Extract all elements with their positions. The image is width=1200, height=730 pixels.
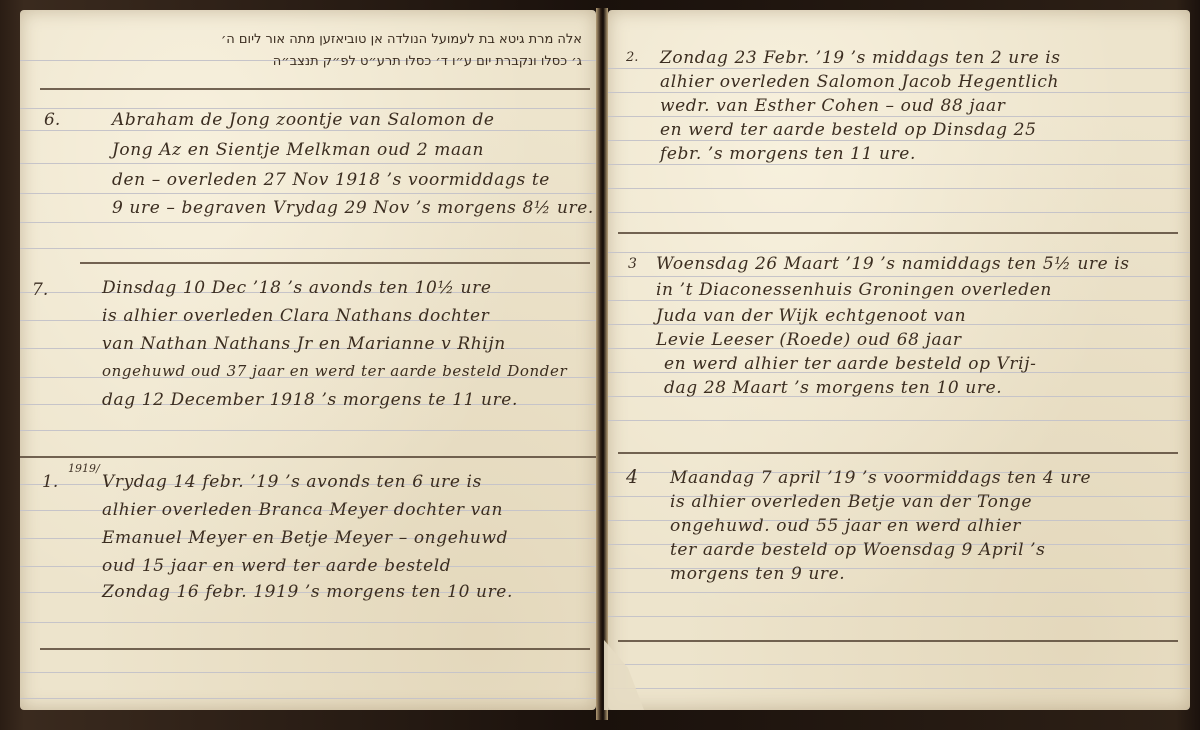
ruled-line [608,188,1190,189]
entry-divider [40,648,590,650]
dutch-line: en werd alhier ter aarde besteld op Vrij… [664,354,1036,374]
dutch-line: en werd ter aarde besteld op Dinsdag 25 [660,120,1036,140]
entry-divider [618,640,1178,642]
ruled-line [608,140,1190,141]
ruled-line [608,252,1190,253]
entry-number: 1. [42,472,58,492]
dutch-line: Zondag 23 Febr. ’19 ’s middags ten 2 ure… [660,48,1061,68]
dutch-line: Vrydag 14 febr. ’19 ’s avonds ten 6 ure … [102,472,482,492]
ruled-line [608,420,1190,421]
ruled-line [608,688,1190,689]
dutch-line: Zondag 16 febr. 1919 ’s morgens ten 10 u… [102,582,513,602]
dutch-line: dag 12 December 1918 ’s morgens te 11 ur… [102,390,518,410]
ruled-line [20,248,596,249]
hebrew-line: ג׳ כסלו ונקברת יום ע״ו ד׳ כסלו תרע״ט לפ״… [273,54,582,69]
ruled-line [608,212,1190,213]
ruled-line [608,68,1190,69]
entry-number: 2. [626,50,638,65]
ruled-line [20,430,596,431]
entry-divider [618,452,1178,454]
dutch-line: is alhier overleden Betje van der Tonge [670,492,1032,512]
ruled-line [20,698,596,699]
entry-number: 7. [32,280,48,300]
ruled-line [608,116,1190,117]
dutch-line: ter aarde besteld op Woensdag 9 April ’s [670,540,1045,560]
ruled-line [608,300,1190,301]
entry-divider [618,232,1178,234]
ruled-line [20,130,596,131]
entry-divider [20,456,596,458]
entry-number: 3 [628,256,637,272]
ruled-line [608,664,1190,665]
ruled-line [608,164,1190,165]
dutch-line: oud 15 jaar en werd ter aarde besteld [102,556,451,576]
right-page: 2. Zondag 23 Febr. ’19 ’s middags ten 2 … [608,10,1190,710]
entry-number: 6. [44,110,60,130]
dutch-line: Juda van der Wijk echtgenoot van [656,306,966,326]
dutch-line: morgens ten 9 ure. [670,564,845,584]
dutch-line: in ’t Diaconessenhuis Groningen overlede… [656,280,1052,300]
year-note: 1919/ [68,462,100,475]
dutch-line: 9 ure – begraven Vrydag 29 Nov ’s morgen… [112,198,594,218]
dutch-line: van Nathan Nathans Jr en Marianne v Rhij… [102,334,506,354]
dutch-line: Jong Az en Sientje Melkman oud 2 maan [112,140,484,160]
dutch-line: wedr. van Esther Cohen – oud 88 jaar [660,96,1005,116]
dutch-line: alhier overleden Salomon Jacob Hegentlic… [660,72,1059,92]
ruled-line [20,622,596,623]
dutch-line: Levie Leeser (Roede) oud 68 jaar [656,330,962,350]
dutch-line: den – overleden 27 Nov 1918 ’s voormidda… [112,170,550,190]
dutch-line: febr. ’s morgens ten 11 ure. [660,144,916,164]
dutch-line: alhier overleden Branca Meyer dochter va… [102,500,503,520]
ruled-line [20,193,596,194]
ruled-line [608,616,1190,617]
dutch-line: ongehuwd. oud 55 jaar en werd alhier [670,516,1021,536]
ruled-line [20,672,596,673]
entry-number: 4 [626,466,638,488]
dutch-line: Abraham de Jong zoontje van Salomon de [112,110,495,130]
dutch-line: Emanuel Meyer en Betje Meyer – ongehuwd [102,528,508,548]
dutch-line: Maandag 7 april ’19 ’s voormiddags ten 4… [670,468,1091,488]
dutch-line: ongehuwd oud 37 jaar en werd ter aarde b… [102,362,567,380]
ruled-line [608,592,1190,593]
ruled-line [20,222,596,223]
hebrew-line: אלה מרת גיטא בת לעמועל הנולדה אן טוביאזע… [221,32,582,47]
entry-divider [40,88,590,90]
ruled-line [20,108,596,109]
ruled-line [20,163,596,164]
dutch-line: Woensdag 26 Maart ’19 ’s namiddags ten 5… [656,254,1130,274]
ruled-line [608,276,1190,277]
entry-divider [80,262,590,264]
dutch-line: Dinsdag 10 Dec ’18 ’s avonds ten 10½ ure [102,278,492,298]
book-spine-gutter [596,8,608,720]
dutch-line: is alhier overleden Clara Nathans dochte… [102,306,489,326]
left-page: אלה מרת גיטא בת לעמועל הנולדה אן טוביאזע… [20,10,596,710]
ruled-line [608,92,1190,93]
dutch-line: dag 28 Maart ’s morgens ten 10 ure. [664,378,1002,398]
